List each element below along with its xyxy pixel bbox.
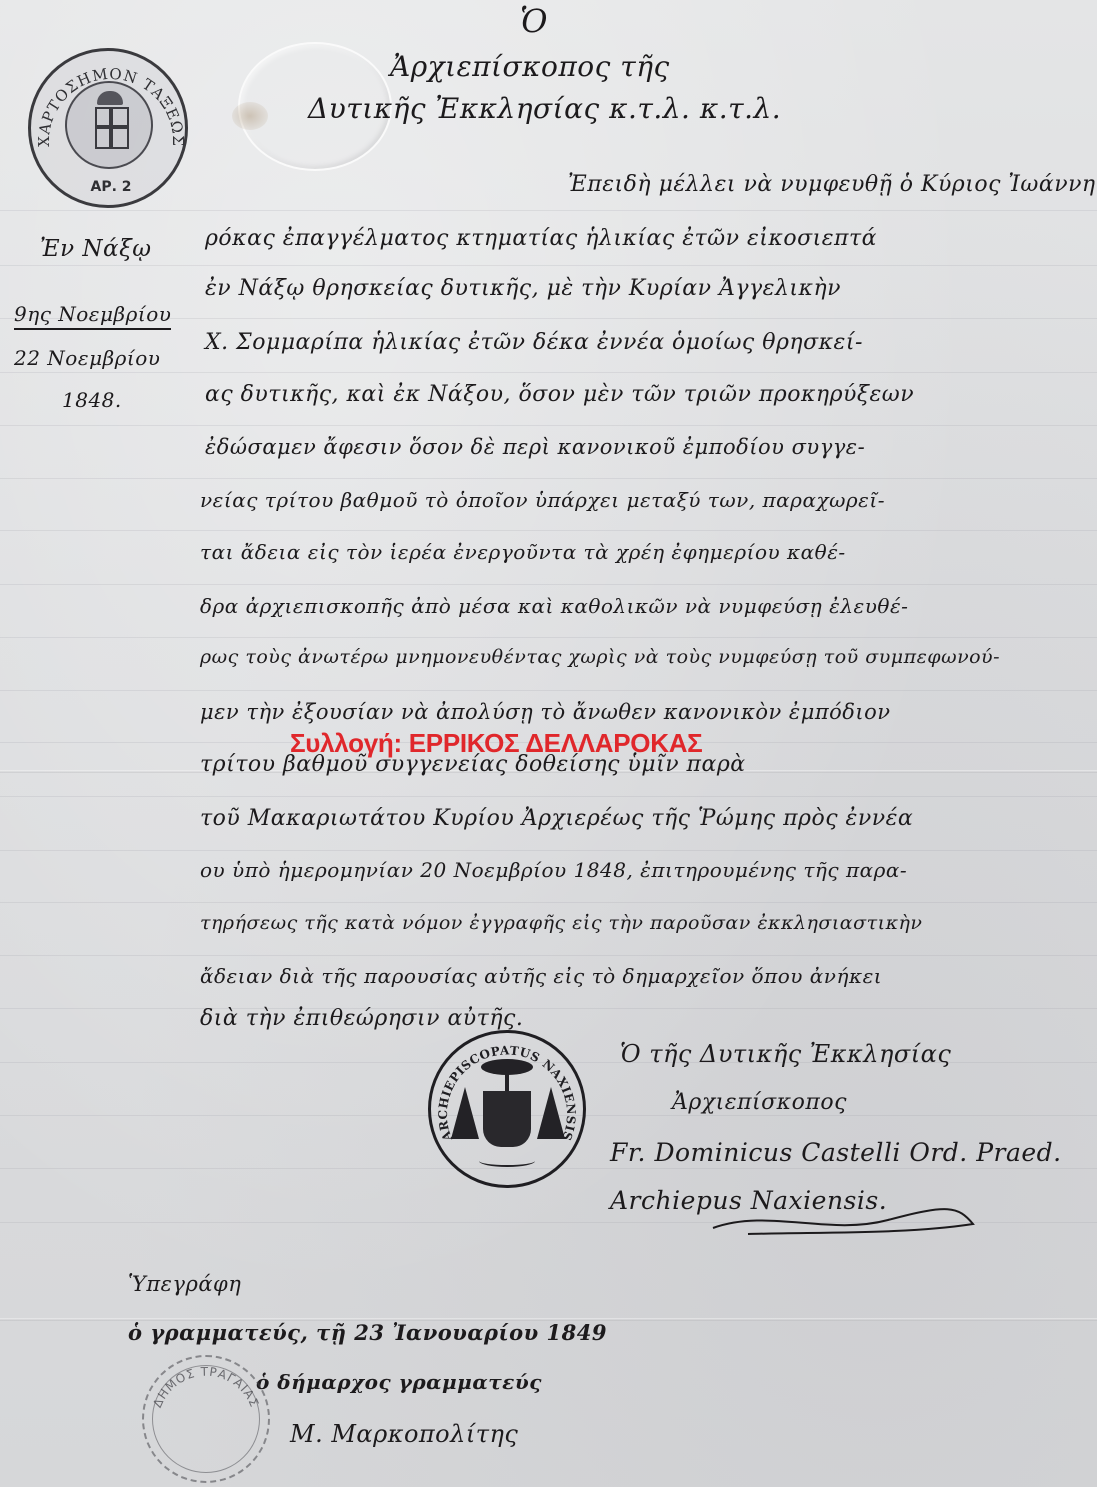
body-line: ρόκας ἐπαγγέλματος κτηματίας ἡλικίας ἐτῶ… xyxy=(205,226,877,251)
shield-cross-icon xyxy=(95,107,129,149)
body-line: νείας τρίτου βαθμοῦ τὸ ὁποῖον ὑπάρχει με… xyxy=(200,488,885,512)
header-subtitle: Δυτικῆς Ἐκκλησίας κ.τ.λ. κ.τ.λ. xyxy=(308,92,781,125)
body-line: ἐν Νάξῳ θρησκείας δυτικῆς, μὲ τὴν Κυρίαν… xyxy=(205,276,841,301)
body-line: ας δυτικῆς, καὶ ἐκ Νάξου, ὅσον μὲν τῶν τ… xyxy=(205,382,914,407)
header-title: Ἀρχιεπίσκοπος τῆς xyxy=(390,50,670,83)
ruled-line xyxy=(0,584,1097,585)
footer-line: Μ. Μαρκοπολίτης xyxy=(290,1420,518,1448)
svg-text:ΔΗΜΟΣ ΤΡΑΓΑΙΑΣ: ΔΗΜΟΣ ΤΡΑΓΑΙΑΣ xyxy=(150,1365,262,1410)
signature-line: Fr. Dominicus Castelli Ord. Praed. xyxy=(610,1138,1062,1167)
ruled-line xyxy=(0,530,1097,531)
margin-date-julian: 9ης Νοεμβρίου xyxy=(14,302,171,330)
signature-flourish xyxy=(708,1198,978,1238)
body-line: τοῦ Μακαριωτάτου Κυρίου Ἀρχιερέως τῆς Ῥώ… xyxy=(200,806,913,831)
ruled-line xyxy=(0,955,1097,956)
footer-line: ὁ γραμματεύς, τῇ 23 Ἰανουαρίου 1849 xyxy=(128,1320,607,1345)
ruled-line xyxy=(0,850,1097,851)
margin-place: Ἐν Νάξῳ xyxy=(40,236,152,262)
revenue-stamp-number: ΑΡ. 2 xyxy=(31,179,191,195)
ruled-line xyxy=(0,478,1097,479)
header-article: Ὁ xyxy=(520,2,548,40)
shield-icon xyxy=(483,1091,531,1147)
footer-line: ὁ δήμαρχος γραμματεύς xyxy=(256,1370,542,1394)
ruled-line xyxy=(0,796,1097,797)
body-line: διὰ τὴν ἐπιθεώρησιν αὐτῆς. xyxy=(200,1006,523,1031)
ruled-line xyxy=(0,425,1097,426)
body-line: μεν τὴν ἐξουσίαν νὰ ἀπολύσῃ τὸ ἄνωθεν κα… xyxy=(200,700,891,724)
body-line: Χ. Σομμαρίπα ἡλικίας ἐτῶν δέκα ἐννέα ὁμο… xyxy=(205,330,863,355)
collection-watermark: Συλλογή: ΕΡΡΙΚΟΣ ΔΕΛΛΑΡΟΚΑΣ xyxy=(290,728,702,759)
ruled-line xyxy=(0,902,1097,903)
body-line: Ἐπειδὴ μέλλει νὰ νυμφευθῇ ὁ Κύριος Ἰωάνν… xyxy=(568,172,1097,197)
footer-line: Ὑπεγράφη xyxy=(128,1272,241,1296)
ruled-line xyxy=(0,1008,1097,1009)
body-line: ἄδειαν διὰ τῆς παρουσίας αὐτῆς εἰς τὸ δη… xyxy=(200,964,882,988)
coat-of-arms-icon xyxy=(65,81,153,169)
ruled-line xyxy=(0,690,1097,691)
municipal-stamp: ΔΗΜΟΣ ΤΡΑΓΑΙΑΣ xyxy=(142,1355,270,1483)
ruled-line xyxy=(0,637,1097,638)
archiepiscopal-seal: ARCHIEPISCOPATUS NAXIENSIS xyxy=(428,1030,586,1188)
body-line: ἐδώσαμεν ἄφεσιν ὅσον δὲ περὶ κανονικοῦ ἐ… xyxy=(205,435,865,459)
ruled-line xyxy=(0,265,1097,266)
body-line: ου ὑπὸ ἡμερομηνίαν 20 Νοεμβρίου 1848, ἐπ… xyxy=(200,858,907,882)
paper-stain xyxy=(232,102,268,130)
body-line: τηρήσεως τῆς κατὰ νόμον ἐγγραφῆς εἰς τὴν… xyxy=(200,912,922,934)
body-line: ρως τοὺς ἀνωτέρω μνημονευθέντας χωρὶς νὰ… xyxy=(200,646,1000,668)
tassel-icon xyxy=(451,1087,479,1139)
tassel-icon xyxy=(537,1087,565,1139)
revenue-stamp: ΧΑΡΤΟΣΗΜΟΝ ΤΑΞΕΩΣ ΑΡ. 2 xyxy=(28,48,188,208)
ruled-line xyxy=(0,372,1097,373)
margin-year: 1848. xyxy=(62,388,122,412)
municipal-stamp-arc: ΔΗΜΟΣ ΤΡΑΓΑΙΑΣ xyxy=(144,1357,268,1481)
crown-icon xyxy=(97,91,123,105)
branches-icon xyxy=(479,1155,535,1167)
body-line: δρα ἀρχιεπισκοπῆς ἀπὸ μέσα καὶ καθολικῶν… xyxy=(200,594,908,618)
body-line: ται ἄδεια εἰς τὸν ἱερέα ἐνεργοῦντα τὰ χρ… xyxy=(200,540,846,564)
signature-line: Ὁ τῆς Δυτικῆς Ἐκκλησίας xyxy=(620,1040,951,1068)
margin-date-gregorian: 22 Νοεμβρίου xyxy=(14,346,160,370)
signature-line: Ἀρχιεπίσκοπος xyxy=(672,1090,847,1115)
cross-icon xyxy=(505,1073,509,1091)
